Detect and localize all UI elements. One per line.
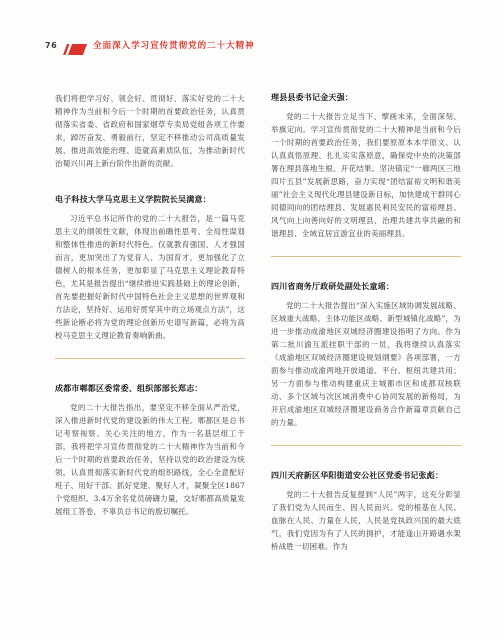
page-number: 76 — [45, 41, 57, 50]
section-banner-title: 全面深入学习宣传贯彻党的二十大精神 — [93, 39, 255, 51]
page-header: 76 全面深入学习宣传贯彻党的二十大精神 — [45, 39, 255, 51]
speech-section: 四川省商务厅政研处副处长童瑶： 党的二十大报告提出“深入实施区域协调发展战略、区… — [271, 281, 461, 446]
speech-paragraph: 党的二十大报告提出“深入实施区域协调发展战略、区域重大战略、主体功能区战略、新型… — [271, 299, 461, 429]
speech-paragraph: 党的二十大报告指出，要坚定不移全面从严治党，深入推进新时代党的建设新的伟大工程。… — [55, 401, 245, 518]
section-divider — [271, 256, 461, 257]
left-column: 我们将把学习好、领会好、贯彻好、落实好党的二十大精神作为当前和今后一个时期的首要… — [55, 92, 245, 553]
speaker-heading: 电子科技大学马克思主义学院院长吴满意： — [55, 194, 245, 206]
speaker-heading: 理县县委书记金天强： — [271, 92, 461, 104]
speech-paragraph: 党的二十大报告立足当下、擘画未来，全面深刻、举旗定向。学习宣传贯彻党的二十大精神… — [271, 110, 461, 240]
magazine-page: 76 全面深入学习宣传贯彻党的二十大精神 我们将把学习好、领会好、贯彻好、落实好… — [0, 0, 503, 640]
speech-section: 理县县委书记金天强： 党的二十大报告立足当下、擘画未来，全面深刻、举旗定向。学习… — [271, 92, 461, 257]
right-column: 理县县委书记金天强： 党的二十大报告立足当下、擘画未来，全面深刻、举旗定向。学习… — [271, 92, 461, 553]
paragraph-continued: 我们将把学习好、领会好、贯彻好、落实好党的二十大精神作为当前和今后一个时期的首要… — [55, 92, 245, 170]
speaker-heading: 成都市郫都区委常委、组织部部长郑志： — [55, 383, 245, 395]
speech-paragraph: 党的二十大报告反复提到“人民”两字，这充分彰显了我们党为人民而生、因人民而兴。党… — [271, 488, 461, 553]
speech-section: 成都市郫都区委常委、组织部部长郑志： 党的二十大报告指出，要坚定不移全面从严治党… — [55, 383, 245, 518]
section-divider — [55, 358, 245, 359]
two-column-content: 我们将把学习好、领会好、贯彻好、落实好党的二十大精神作为当前和今后一个时期的首要… — [55, 92, 461, 553]
section-divider — [271, 445, 461, 446]
speech-section: 四川天府新区华阳街道安公社区党委书记张彪： 党的二十大报告反复提到“人民”两字，… — [271, 470, 461, 553]
speech-paragraph: 习近平总书记所作的党的二十大报告，是一篇马克思主义的纲领性文献，体现出前瞻性思考… — [55, 212, 245, 342]
speech-section: 电子科技大学马克思主义学院院长吴满意： 习近平总书记所作的党的二十大报告，是一篇… — [55, 194, 245, 359]
speech-section: 我们将把学习好、领会好、贯彻好、落实好党的二十大精神作为当前和今后一个时期的首要… — [55, 92, 245, 170]
flag-icon — [63, 40, 87, 51]
speaker-heading: 四川省商务厅政研处副处长童瑶： — [271, 281, 461, 293]
speaker-heading: 四川天府新区华阳街道安公社区党委书记张彪： — [271, 470, 461, 482]
